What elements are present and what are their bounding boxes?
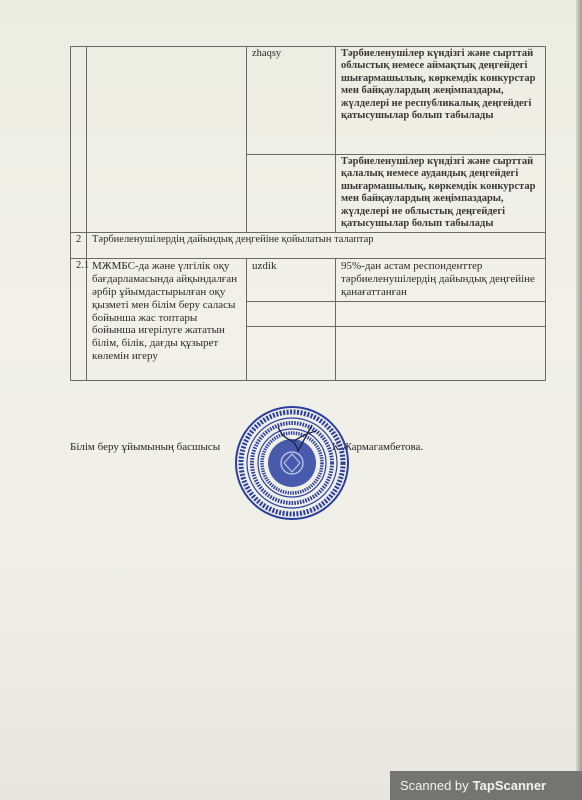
criteria-table: zhaqsy Тәрбиеленушілер күндізгі және сыр… bbox=[70, 46, 546, 381]
description-cell bbox=[336, 301, 546, 326]
description-cell: Тәрбиеленушілер күндізгі және сырттай қа… bbox=[336, 155, 546, 233]
level-cell: zhaqsy bbox=[247, 47, 336, 155]
scanner-watermark: Scanned by TapScanner bbox=[390, 771, 582, 800]
watermark-prefix: Scanned by bbox=[400, 778, 469, 793]
table-row: 2.1 МЖМБС-да және үлгілік оқу бағдарлама… bbox=[71, 259, 546, 301]
level-cell bbox=[247, 155, 336, 233]
level-cell bbox=[247, 301, 336, 326]
table-row: zhaqsy Тәрбиеленушілер күндізгі және сыр… bbox=[71, 47, 546, 155]
description-cell: Тәрбиеленушілер күндізгі және сырттай об… bbox=[336, 47, 546, 155]
position-label: Білім беру ұйымының басшысы bbox=[70, 441, 220, 453]
description-cell bbox=[336, 326, 546, 380]
criterion-cell: МЖМБС-да және үлгілік оқу бағдарламасынд… bbox=[87, 259, 247, 380]
description-cell: 95%-дан астам респонденттер тәрбиеленуші… bbox=[336, 259, 546, 301]
row-number-cell bbox=[71, 47, 87, 233]
official-seal-icon bbox=[234, 405, 350, 521]
section-row: 2 Тәрбиеленушілердің дайындық деңгейіне … bbox=[71, 233, 546, 259]
section-title: Тәрбиеленушілердің дайындық деңгейіне қо… bbox=[87, 233, 546, 259]
page-edge-shadow bbox=[576, 0, 582, 800]
section-number: 2 bbox=[71, 233, 87, 259]
level-cell: uzdik bbox=[247, 259, 336, 301]
level-cell bbox=[247, 326, 336, 380]
watermark-brand: TapScanner bbox=[473, 778, 546, 793]
criterion-cell bbox=[87, 47, 247, 233]
row-number-cell: 2.1 bbox=[71, 259, 87, 380]
